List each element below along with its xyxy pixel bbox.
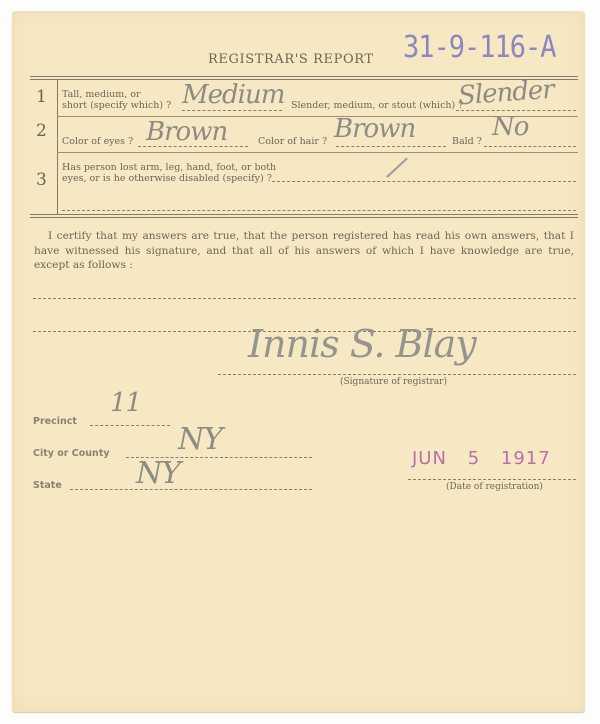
table-top-rule	[30, 76, 578, 77]
date-caption: (Date of registration)	[446, 482, 543, 492]
hair-color-value: Brown	[334, 114, 415, 144]
disability-label: Has person lost arm, leg, hand, foot, or…	[62, 162, 276, 184]
bald-value: No	[492, 112, 528, 142]
row-divider-2	[57, 152, 578, 153]
registrar-signature: Innis S. Blay	[248, 322, 476, 366]
number-column-divider	[57, 80, 58, 214]
city-county-value: NY	[178, 422, 222, 457]
signature-caption: (Signature of registrar)	[340, 377, 447, 387]
build-label: Slender, medium, or stout (which) ?	[291, 100, 463, 111]
certification-text: I certify that my answers are true, that…	[34, 229, 574, 273]
state-field-line	[70, 489, 312, 490]
signature-line	[218, 374, 576, 375]
disability-field-line	[272, 181, 576, 182]
height-field-line	[182, 110, 282, 111]
eye-color-label: Color of eyes ?	[62, 136, 133, 147]
registration-date-stamp: JUN 5 1917	[412, 448, 551, 469]
hair-color-field-line	[336, 146, 446, 147]
state-value: NY	[136, 456, 180, 491]
serial-number-stamp: 31-9-116-A	[403, 30, 556, 65]
state-label: State	[33, 480, 62, 491]
table-bottom-rule-inner	[30, 217, 578, 218]
page-title: REGISTRAR'S REPORT	[208, 52, 374, 67]
date-line	[408, 479, 576, 480]
row-number-1: 1	[36, 87, 47, 107]
bald-field-line	[484, 146, 576, 147]
bald-label: Bald ?	[452, 136, 482, 147]
exceptions-line-1	[33, 298, 576, 299]
disability-field-line-2	[62, 210, 576, 211]
row-number-3: 3	[36, 170, 47, 190]
row-number-2: 2	[36, 121, 47, 141]
table-bottom-rule	[30, 214, 578, 215]
height-label: Tall, medium, or short (specify which) ?	[62, 89, 171, 111]
eye-color-value: Brown	[146, 117, 227, 147]
hair-color-label: Color of hair ?	[258, 136, 327, 147]
city-county-label: City or County	[33, 448, 110, 459]
height-value: Medium	[182, 80, 284, 110]
precinct-value: 11	[110, 388, 141, 418]
precinct-field-line	[90, 425, 170, 426]
registration-month: JUN	[412, 448, 447, 469]
precinct-label: Precinct	[33, 416, 77, 427]
registration-day-year: 5 1917	[468, 448, 551, 469]
